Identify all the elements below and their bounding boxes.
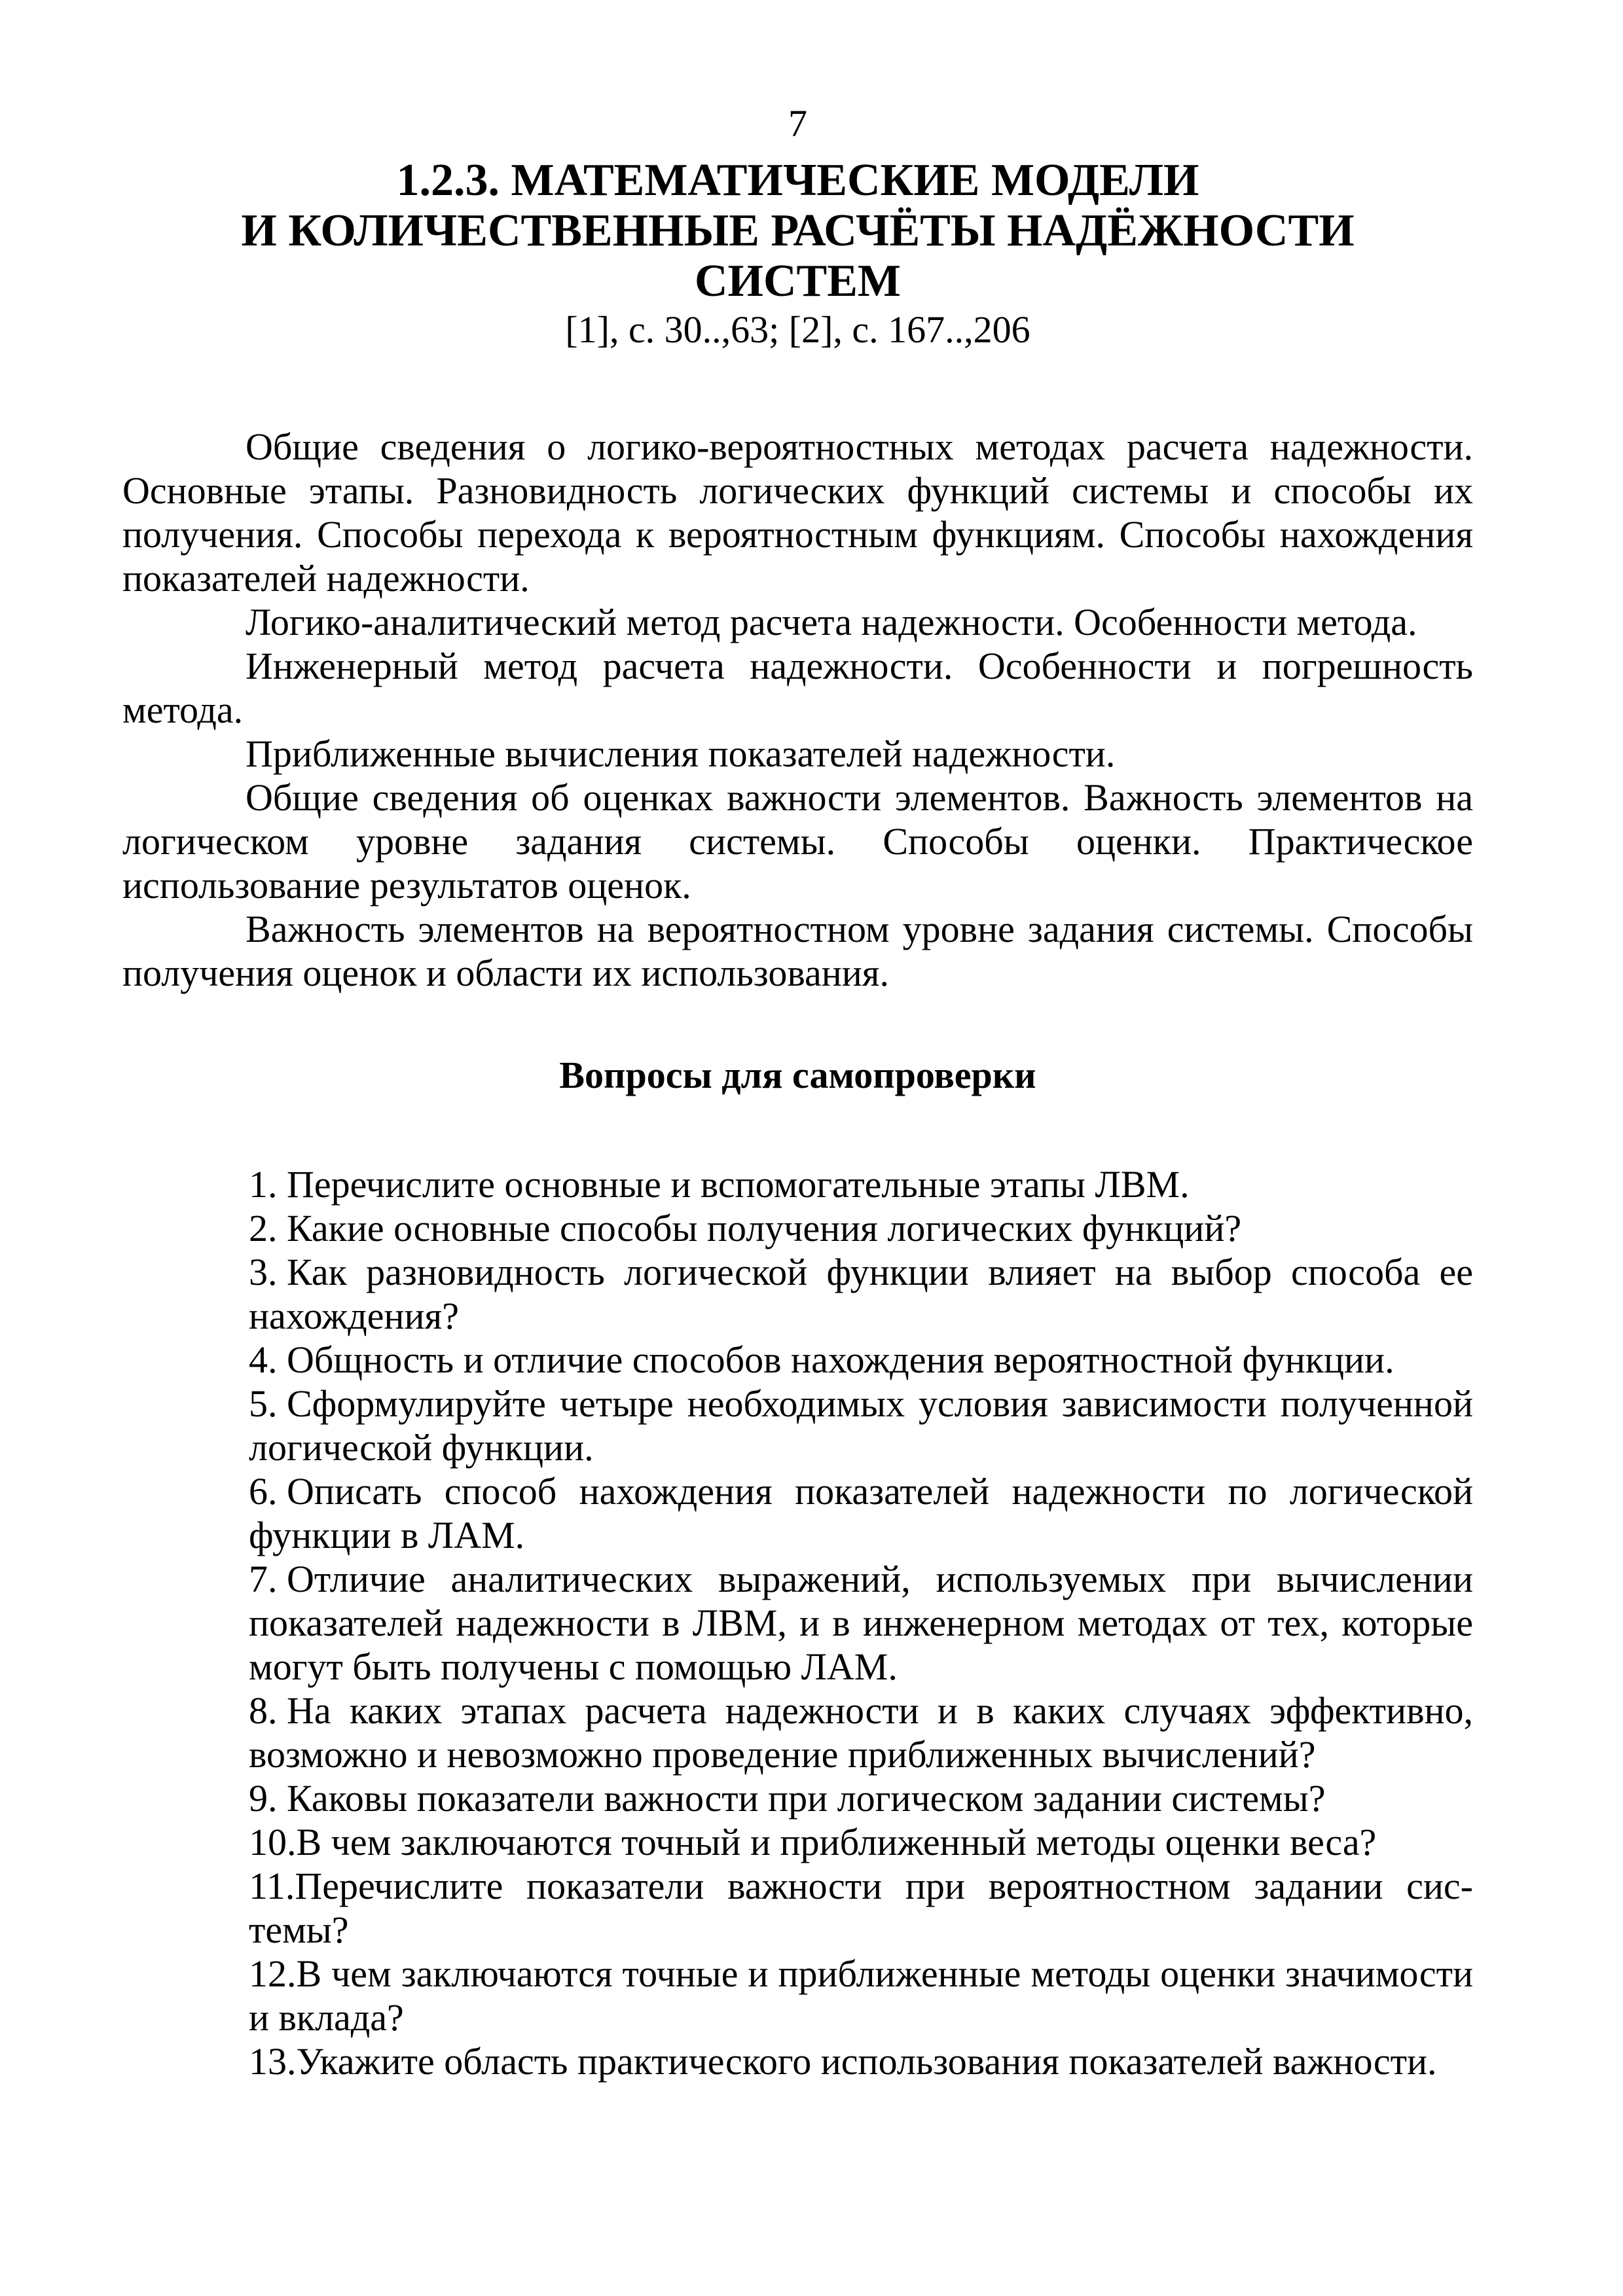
abstract-paragraph: Общие сведения об оценках важности элеме… (122, 776, 1473, 907)
section-title-line-2: И КОЛИЧЕСТВЕННЫЕ РАСЧЁТЫ НАДЁЖНОСТИ (122, 206, 1473, 256)
questions-list: 1.Перечислите основные и вспомогательные… (122, 1162, 1473, 2083)
question-number: 8. (249, 1689, 287, 1732)
question-number: 1. (249, 1162, 287, 1206)
question-text: Описать способ нахождения показателей на… (249, 1470, 1473, 1556)
question-number: 7. (249, 1557, 287, 1601)
document-page: 7 1.2.3. МАТЕМАТИЧЕСКИЕ МОДЕЛИ И КОЛИЧЕС… (0, 0, 1623, 2296)
question-text: Какие основные способы получения логичес… (287, 1207, 1241, 1249)
questions-heading: Вопросы для самопроверки (122, 1053, 1473, 1097)
abstract-paragraphs: Общие сведения о логико-вероятностных ме… (122, 425, 1473, 995)
section-title-line-3: СИСТЕМ (122, 256, 1473, 306)
abstract-paragraph: Логико-аналитический метод расчета надеж… (122, 600, 1473, 644)
question-number: 3. (249, 1250, 287, 1294)
question-text: На каких этапах расчета надежности и в к… (249, 1689, 1473, 1776)
question-number: 2. (249, 1206, 287, 1250)
question-item: 12.В чем заключаются точные и приближенн… (249, 1952, 1473, 2039)
question-item: 3.Как разновидность логической функции в… (249, 1250, 1473, 1338)
question-text: В чем заключаются точный и приближенный … (297, 1821, 1377, 1863)
question-text: Общность и отличие способов нахождения в… (287, 1338, 1395, 1381)
section-title-line-1: 1.2.3. МАТЕМАТИЧЕСКИЕ МОДЕЛИ (122, 155, 1473, 206)
question-item: 11.Перечислите показатели важности при в… (249, 1864, 1473, 1952)
question-number: 12. (249, 1952, 297, 1996)
question-number: 4. (249, 1338, 287, 1382)
question-item: 6.Описать способ нахождения показателей … (249, 1469, 1473, 1557)
question-number: 9. (249, 1776, 287, 1820)
question-text: Сформулируйте четыре необходимых условия… (249, 1382, 1473, 1469)
question-item: 2.Какие основные способы получения логич… (249, 1206, 1473, 1250)
question-text: Как разновидность логической функции вли… (249, 1251, 1473, 1337)
question-item: 13.Укажите область практического использ… (249, 2039, 1473, 2083)
question-item: 10.В чем заключаются точный и приближенн… (249, 1820, 1473, 1864)
page-number: 7 (122, 101, 1473, 145)
abstract-paragraph: Общие сведения о логико-вероятностных ме… (122, 425, 1473, 600)
question-number: 10. (249, 1820, 297, 1864)
abstract-paragraph: Приближенные вычисления показателей наде… (122, 732, 1473, 776)
question-number: 13. (249, 2039, 297, 2083)
question-text: Перечислите основные и вспомогательные э… (287, 1163, 1190, 1206)
abstract-paragraph: Инженерный метод расчета надежности. Осо… (122, 644, 1473, 732)
question-number: 5. (249, 1382, 287, 1426)
question-item: 1.Перечислите основные и вспомогательные… (249, 1162, 1473, 1206)
abstract-paragraph: Важность элементов на вероятностном уров… (122, 907, 1473, 995)
question-number: 6. (249, 1469, 287, 1513)
question-text: Укажите область практического использова… (297, 2040, 1437, 2083)
question-item: 8.На каких этапах расчета надежности и в… (249, 1689, 1473, 1776)
question-text: Каковы показатели важности при логическо… (287, 1777, 1325, 1820)
literature-reference: [1], с. 30..,63; [2], с. 167..,206 (122, 308, 1473, 351)
question-item: 7.Отличие аналитических выражений, испол… (249, 1557, 1473, 1689)
question-item: 4.Общность и отличие способов нахождения… (249, 1338, 1473, 1382)
question-text: Отличие аналитических выражений, использ… (249, 1558, 1473, 1688)
question-item: 9.Каковы показатели важности при логичес… (249, 1776, 1473, 1820)
question-text: Перечислите показатели важности при веро… (249, 1865, 1473, 1951)
question-number: 11. (249, 1864, 295, 1908)
question-text: В чем заключаются точные и приближенные … (249, 1952, 1473, 2039)
question-item: 5.Сформулируйте четыре необходимых услов… (249, 1382, 1473, 1469)
section-title: 1.2.3. МАТЕМАТИЧЕСКИЕ МОДЕЛИ И КОЛИЧЕСТВ… (122, 155, 1473, 306)
